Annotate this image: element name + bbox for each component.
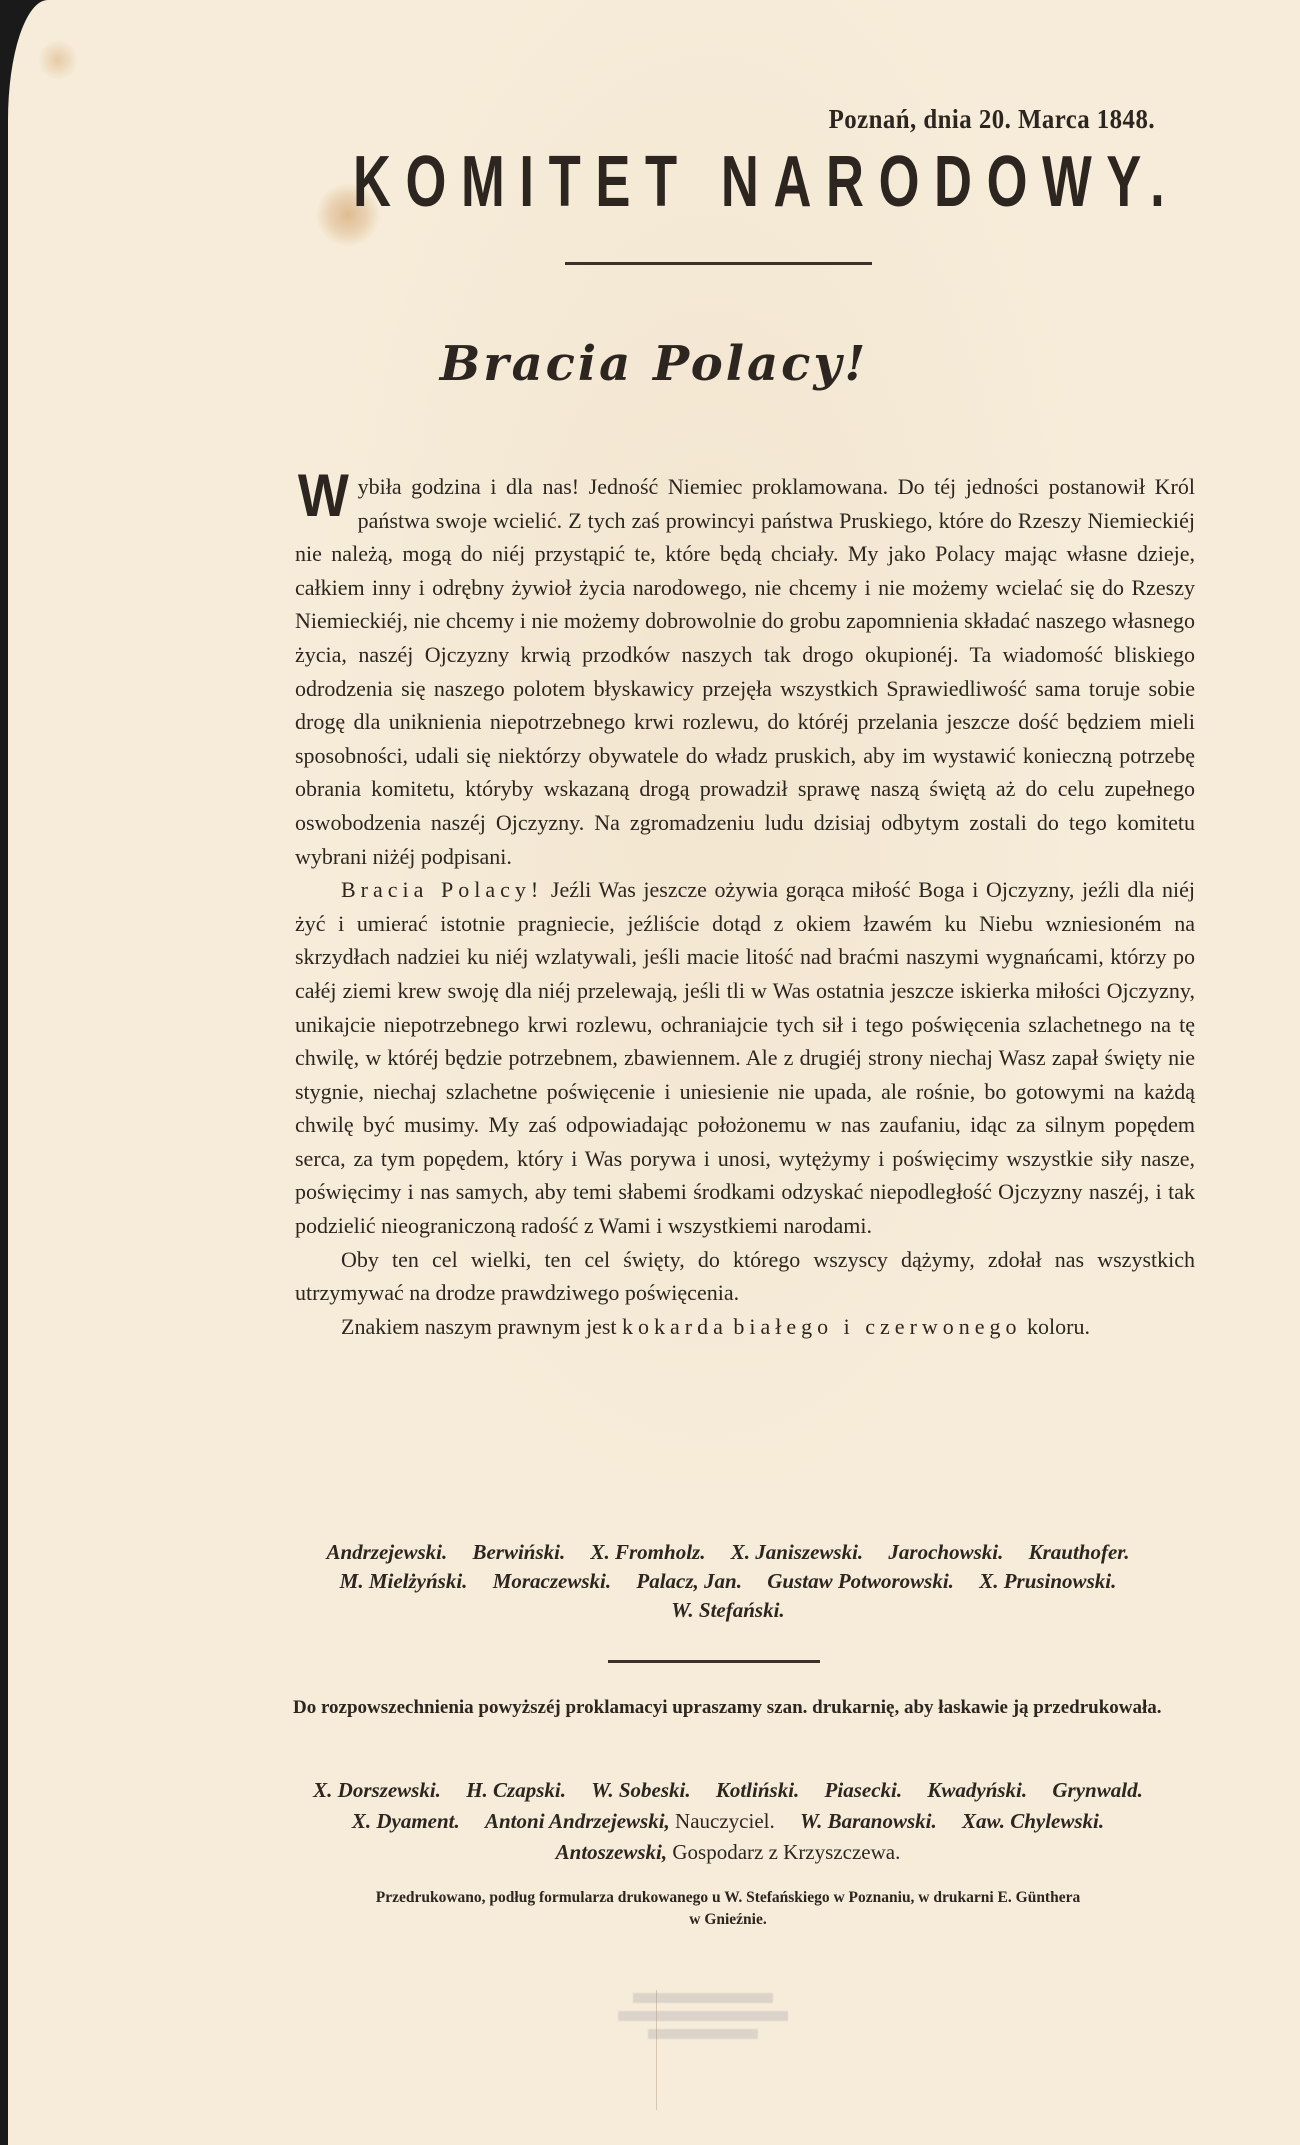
- signature-row-2: M. Mielżyński. Moraczewski. Palacz, Jan.…: [248, 1567, 1208, 1596]
- reprint-request: Do rozpowszechnienia powyższéj proklamac…: [248, 1692, 1203, 1724]
- date-line: Poznań, dnia 20. Marca 1848.: [100, 104, 1155, 135]
- title-divider: [565, 262, 872, 265]
- proclamation-body: Wybiła godzina i dla nas! Jedność Niemie…: [295, 470, 1195, 1343]
- signature: X. Fromholz.: [591, 1540, 706, 1564]
- signature: Palacz, Jan.: [636, 1569, 742, 1593]
- paragraph-1-text: ybiła godzina i dla nas! Jedność Niemiec…: [295, 474, 1195, 869]
- signature: Andrzejewski.: [326, 1540, 447, 1564]
- paragraph-4-end: koloru.: [1027, 1314, 1090, 1339]
- paragraph-1: Wybiła godzina i dla nas! Jedność Niemie…: [295, 470, 1195, 873]
- signature: W. Sobeski.: [591, 1778, 690, 1802]
- paper-fold: [656, 1990, 657, 2110]
- reprint-row-2: X. Dyament. Antoni Andrzejewski, Nauczyc…: [248, 1806, 1208, 1837]
- signature: Moraczewski.: [493, 1569, 611, 1593]
- signature: Kwadyński.: [927, 1778, 1027, 1802]
- signature: X. Dyament.: [352, 1809, 460, 1833]
- signature: Antoni Andrzejewski, Nauczyciel.: [485, 1809, 775, 1833]
- signature-name: Antoszewski,: [556, 1840, 667, 1864]
- signature-role: Gospodarz z Krzyszczewa.: [672, 1840, 900, 1864]
- imprint-line-1: Przedrukowano, podług formularza drukowa…: [248, 1887, 1208, 1909]
- document-title: KOMITET NARODOWY.: [353, 142, 908, 222]
- signature: X. Prusinowski.: [979, 1569, 1116, 1593]
- signature: Antoszewski, Gospodarz z Krzyszczewa.: [556, 1840, 901, 1864]
- paragraph-4: Znakiem naszym prawnym jest kokarda biał…: [295, 1310, 1195, 1344]
- reprint-row-1: X. Dorszewski. H. Czapski. W. Sobeski. K…: [248, 1775, 1208, 1806]
- signature: Kotliński.: [716, 1778, 799, 1802]
- drop-cap: W: [298, 474, 349, 518]
- signature: Berwiński.: [472, 1540, 565, 1564]
- paragraph-3: Oby ten cel wielki, ten cel święty, do k…: [295, 1243, 1195, 1310]
- reprint-row-3: Antoszewski, Gospodarz z Krzyszczewa.: [248, 1837, 1208, 1868]
- imprint-line-2: w Gnieźnie.: [248, 1909, 1208, 1931]
- signature-row-1: Andrzejewski. Berwiński. X. Fromholz. X.…: [248, 1538, 1208, 1567]
- signature: X. Janiszewski.: [731, 1540, 863, 1564]
- signature: X. Dorszewski.: [313, 1778, 441, 1802]
- signature-row-3: W. Stefański.: [248, 1596, 1208, 1625]
- section-divider: [608, 1660, 820, 1663]
- paragraph-4-start: Znakiem naszym prawnym jest: [341, 1314, 617, 1339]
- paragraph-2-lead: Bracia Polacy!: [341, 877, 543, 902]
- cockade-word: kokarda: [622, 1314, 728, 1339]
- signature: W. Baranowski.: [800, 1809, 937, 1833]
- signature: W. Stefański.: [671, 1598, 784, 1622]
- salutation-heading: Bracia Polacy!: [8, 336, 1300, 392]
- signature: H. Czapski.: [466, 1778, 566, 1802]
- signature: Jarochowski.: [888, 1540, 1003, 1564]
- signature: M. Mielżyński.: [340, 1569, 468, 1593]
- signature: Xaw. Chylewski.: [962, 1809, 1104, 1833]
- signature-name: Antoni Andrzejewski,: [485, 1809, 670, 1833]
- printer-imprint: Przedrukowano, podług formularza drukowa…: [248, 1887, 1208, 1931]
- colors-words: białego i czerwonego: [733, 1314, 1021, 1339]
- committee-signatures: Andrzejewski. Berwiński. X. Fromholz. X.…: [248, 1538, 1208, 1625]
- signature: Grynwald.: [1052, 1778, 1142, 1802]
- signature-role: Nauczyciel.: [675, 1809, 775, 1833]
- signature: Krauthofer.: [1029, 1540, 1130, 1564]
- signature: Piasecki.: [825, 1778, 903, 1802]
- paragraph-2: Bracia Polacy! Jeźli Was jeszcze ożywia …: [295, 873, 1195, 1243]
- reprint-signatures: X. Dorszewski. H. Czapski. W. Sobeski. K…: [248, 1775, 1208, 1868]
- signature: Gustaw Potworowski.: [767, 1569, 954, 1593]
- paragraph-2-text: Jeźli Was jeszcze ożywia gorąca miłość B…: [295, 877, 1195, 1238]
- library-stamp-bleedthrough: [608, 1985, 798, 2055]
- proclamation-sheet: Poznań, dnia 20. Marca 1848. KOMITET NAR…: [8, 0, 1300, 2145]
